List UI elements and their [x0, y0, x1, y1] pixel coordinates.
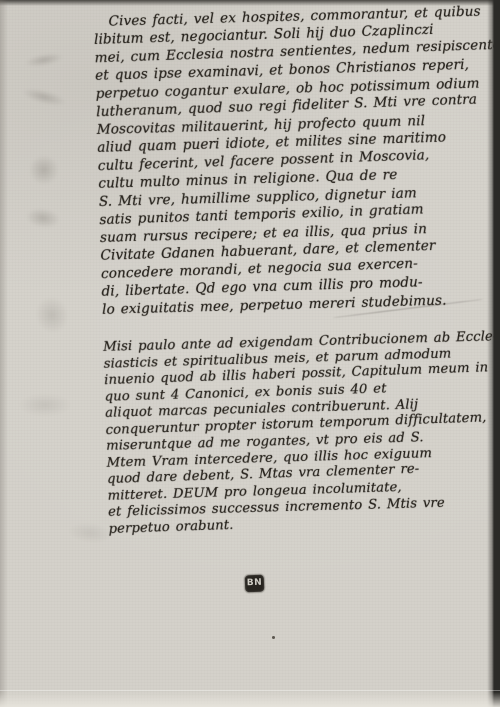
- scan-edge-bottom: [0, 692, 500, 707]
- scan-edge-left: [0, 0, 8, 707]
- bleed-through-mark: [25, 286, 78, 344]
- paragraph-2: Misi paulo ante ad exigendam Contribucio…: [103, 328, 500, 538]
- ink-speck: [272, 636, 275, 639]
- scan-edge-right: [487, 0, 500, 707]
- bleed-through-mark: [13, 81, 76, 113]
- bleed-through-mark: [18, 202, 67, 234]
- bleed-through-mark: [17, 48, 71, 73]
- paragraph-1: Cives facti, vel ex hospites, commorantu…: [93, 1, 498, 319]
- handwritten-text-block: Cives facti, vel ex hospites, commorantu…: [93, 1, 500, 538]
- manuscript-page: Cives facti, vel ex hospites, commorantu…: [0, 0, 500, 707]
- bn-library-stamp: BN: [245, 575, 265, 593]
- bleed-through-mark: [18, 144, 69, 195]
- scan-edge-top: [0, 0, 500, 6]
- stamp-label: BN: [247, 579, 263, 589]
- scan-bottom-seam: [0, 690, 500, 691]
- bleed-through-mark: [10, 390, 80, 420]
